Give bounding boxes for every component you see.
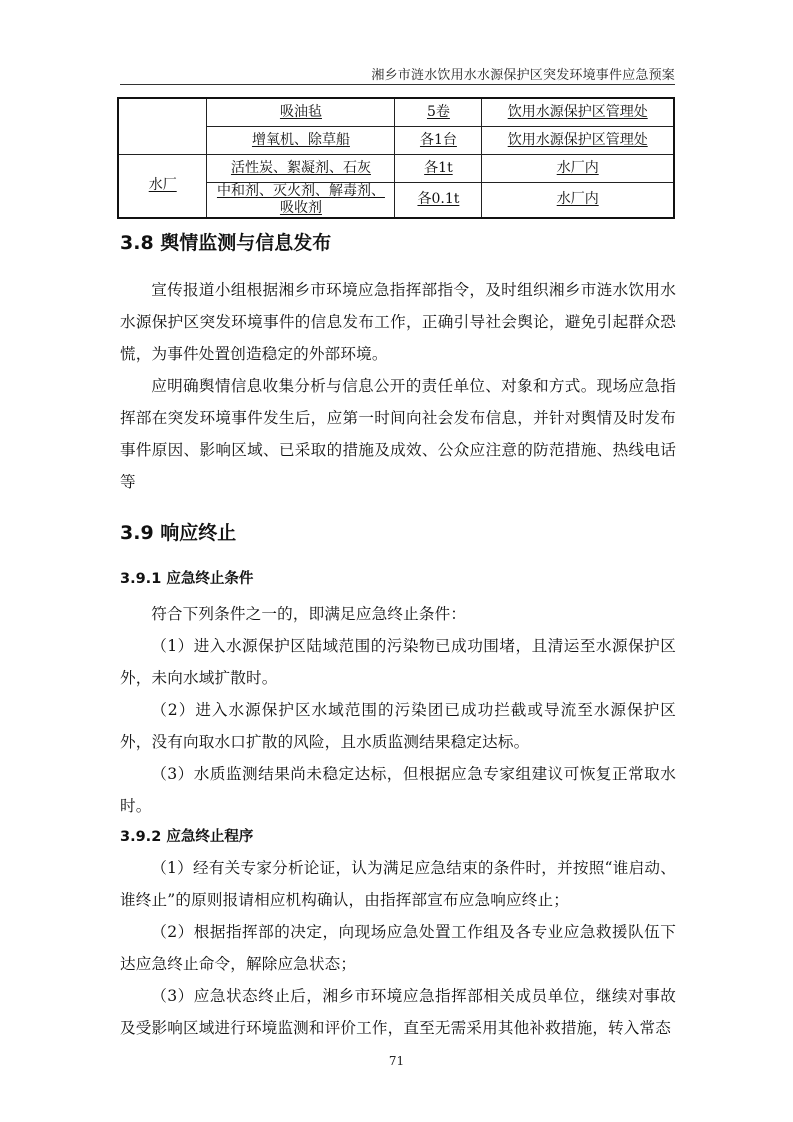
table-cell-group: 水厂 (118, 154, 207, 218)
table-cell-location: 饮用水源保护区管理处 (482, 126, 674, 154)
table-cell-location: 水厂内 (482, 182, 674, 218)
table-cell-item: 吸油毡 (207, 98, 395, 126)
paragraph: （3）应急状态终止后，湘乡市环境应急指挥部相关成员单位，继续对事故及受影响区域进… (120, 980, 676, 1044)
table-cell-item: 活性炭、絮凝剂、石灰 (207, 154, 395, 182)
paragraph: 符合下列条件之一的，即满足应急终止条件： (120, 598, 676, 630)
table-cell-quantity: 5卷 (395, 98, 482, 126)
subsection-heading-3-9-2: 3.9.2 应急终止程序 (120, 822, 676, 852)
paragraph: （1）进入水源保护区陆域范围的污染物已成功围堵，且清运至水源保护区外，未向水域扩… (120, 630, 676, 694)
table-cell-location: 水厂内 (482, 154, 674, 182)
table-row: 水厂 活性炭、絮凝剂、石灰 各1t 水厂内 (118, 154, 674, 182)
paragraph: （2）根据指挥部的决定，向现场应急处置工作组及各专业应急救援队伍下达应急终止命令… (120, 916, 676, 980)
paragraph: （1）经有关专家分析论证，认为满足应急结束的条件时，并按照“谁启动、谁终止”的原… (120, 852, 676, 916)
body-content: 3.8 舆情监测与信息发布 宣传报道小组根据湘乡市环境应急指挥部指令，及时组织湘… (120, 226, 676, 1044)
table-cell-item: 中和剂、灭火剂、解毒剂、吸收剂 (207, 182, 395, 218)
table-cell-quantity: 各1台 (395, 126, 482, 154)
running-header: 湘乡市涟水饮用水水源保护区突发环境事件应急预案 (120, 64, 675, 83)
table-cell-item: 增氧机、除草船 (207, 126, 395, 154)
paragraph: （2）进入水源保护区水域范围的污染团已成功拦截或导流至水源保护区外，没有向取水口… (120, 694, 676, 758)
table-row: 吸油毡 5卷 饮用水源保护区管理处 (118, 98, 674, 126)
table-cell-quantity: 各0.1t (395, 182, 482, 218)
table-cell-quantity: 各1t (395, 154, 482, 182)
header-rule (120, 84, 675, 85)
resource-table: 吸油毡 5卷 饮用水源保护区管理处 增氧机、除草船 各1台 饮用水源保护区管理处… (117, 97, 675, 219)
section-heading-3-9: 3.9 响应终止 (120, 516, 676, 550)
page-number: 71 (0, 1054, 793, 1068)
table-cell-group (118, 98, 207, 154)
paragraph: 宣传报道小组根据湘乡市环境应急指挥部指令，及时组织湘乡市涟水饮用水水源保护区突发… (120, 274, 676, 370)
section-heading-3-8: 3.8 舆情监测与信息发布 (120, 226, 676, 260)
subsection-heading-3-9-1: 3.9.1 应急终止条件 (120, 564, 676, 594)
paragraph: （3）水质监测结果尚未稳定达标，但根据应急专家组建议可恢复正常取水时。 (120, 758, 676, 822)
table-cell-location: 饮用水源保护区管理处 (482, 98, 674, 126)
paragraph: 应明确舆情信息收集分析与信息公开的责任单位、对象和方式。现场应急指挥部在突发环境… (120, 370, 676, 498)
document-page: 湘乡市涟水饮用水水源保护区突发环境事件应急预案 吸油毡 5卷 饮用水源保护区管理… (0, 0, 793, 1122)
